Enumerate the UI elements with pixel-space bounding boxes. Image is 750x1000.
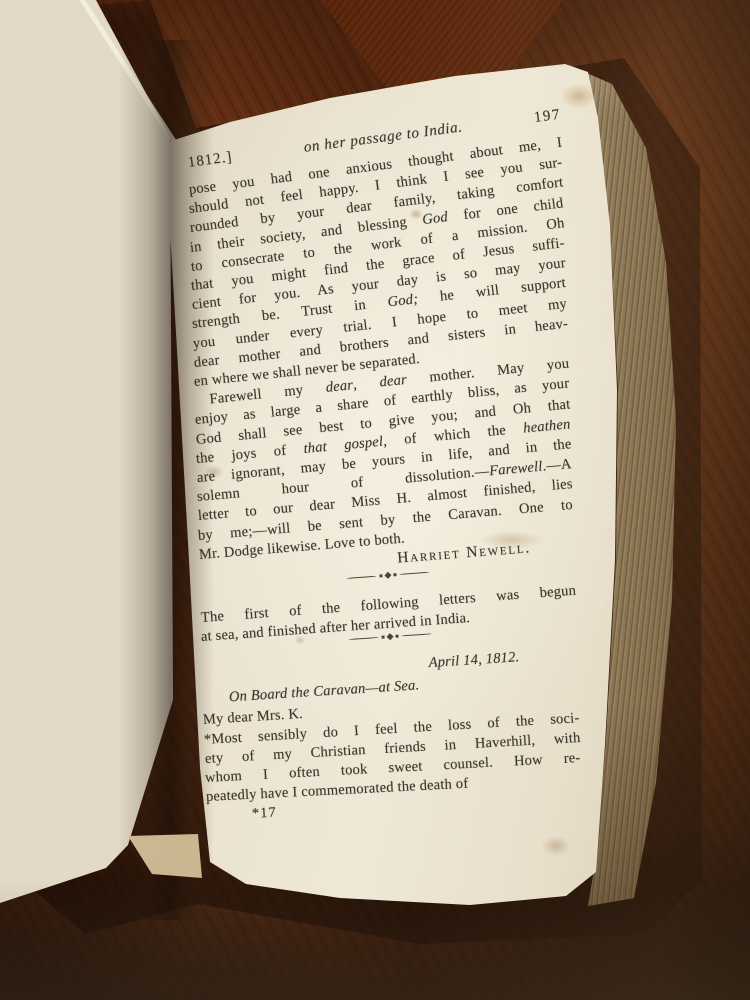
left-page-line: t of husbands. Oh what [612, 599, 749, 669]
left-page-line: tive partner. But he [633, 653, 749, 710]
right-page-line: On Board the Caravan—at Sea. [202, 667, 578, 709]
right-page-line: at sea, and finished after her arrived i… [201, 602, 577, 646]
left-running-head: rs. N's Journal [1812. [603, 0, 698, 40]
left-page-line: etchedness, had I found [609, 621, 749, 690]
left-page-line: isposed to pass over all er- [605, 345, 750, 447]
right-page-line: pose you had one anxious thought about m… [187, 134, 562, 199]
left-page-line: tter from Calcutta inform [627, 107, 750, 223]
left-page-line: s, as well now, as I did on [603, 459, 750, 548]
letter-signature: Harriet Newell. [199, 536, 575, 583]
left-page-line: and sisters, and all my [622, 447, 750, 528]
right-page-line: by me;—will be sent by the Caravan. One … [198, 496, 574, 545]
right-page-line: should not feel happy. I think I see you… [188, 154, 563, 218]
left-page-line: ize them. They are [636, 719, 749, 770]
wood-grain-seam [0, 0, 750, 1000]
right-page-line: Mr. Dodge likewise. Love to both. [198, 516, 574, 564]
gathering-mark: *17 [206, 789, 582, 825]
left-page-shading [0, 0, 750, 1000]
left-page-line: took my last farewell of [612, 487, 749, 569]
left-page-line: think I am happy and [626, 538, 750, 609]
left-page-line: gratifying to my dear moth- [604, 252, 750, 365]
section-divider-ornament [202, 622, 577, 653]
right-page-line: en where we shall never be separated. [193, 335, 569, 391]
header-page-number: 197 [533, 106, 562, 127]
left-page-edge-highlight [76, 0, 177, 144]
page-stack-fore-edge [0, 0, 750, 1000]
left-page-line: le wretches! Oh that American [609, 19, 750, 163]
right-page-text: 1812.]on her passage to India.197pose yo… [188, 154, 568, 914]
right-page-line: *Most sensibly do I feel the loss of the… [203, 709, 579, 749]
right-page-line: The first of the following letters was b… [200, 582, 576, 627]
left-page-line: ot regret coming here. [620, 558, 750, 629]
left-page-line: ng. As the Caravan will sail [609, 162, 750, 284]
wood-table-background [0, 0, 750, 1000]
right-page: 1812.]on her passage to India.197pose yo… [0, 0, 750, 1000]
right-page-line: letter to our dear Miss H. almost finish… [197, 475, 573, 525]
right-page-line: whom I often took sweet counsel. How re- [205, 749, 581, 787]
right-page-line: My dear Mrs. K. [203, 689, 579, 730]
right-page-line: the joys of that gospel, of which the he… [195, 415, 571, 468]
left-page-line: friends, to whom I shall then [602, 204, 750, 325]
left-page-line: ite with me in praising [617, 579, 750, 649]
right-page-line: peatedly have I commemorated the death o… [205, 769, 581, 806]
left-page-line: r from you all. When- [623, 515, 750, 589]
torn-page-remnant [0, 0, 750, 1000]
left-page-line: s information I must be ex- [615, 143, 750, 264]
left-page-line: I hope the contents of this [614, 236, 750, 345]
left-page-line: shall neglect writing now to [608, 185, 750, 305]
right-page-line: ety of my Christian friends in Haverhill… [204, 729, 580, 768]
gutter-shadow [118, 40, 214, 920]
page-header: 1812.]on her passage to India.197 [187, 106, 562, 172]
book-cast-shadow [0, 0, 750, 1000]
left-page-line: all write to many of [629, 739, 749, 791]
header-title: on her passage to India. [231, 109, 535, 166]
left-page-line: my dear, dear mother, and [600, 412, 750, 508]
right-page-line: Farewell my dear, dear mother. May you [194, 355, 570, 410]
left-page-line: ts were passing; and that [617, 307, 750, 406]
right-page-line: that you might find the grace of Jesus s… [190, 234, 566, 295]
right-page-line: God shall see best to give you; and Oh t… [195, 395, 571, 449]
right-page-line: you under every trial. I hope to meet my [192, 294, 568, 352]
right-page-line: dear mother and brothers and sisters in … [193, 315, 569, 372]
header-year: 1812.] [187, 148, 234, 172]
left-page-line: ld but form an adequate idea [615, 50, 750, 183]
left-page-line: him to be. Do give [636, 676, 749, 731]
right-page-line: to consecrate to the work of a mission. … [190, 214, 566, 276]
right-page-line: April 14, 1812. [202, 645, 578, 688]
left-page-line: ness which covers this people [608, 67, 750, 204]
left-page-text: rs. N's Journal [1812. many superstitiou… [0, 0, 750, 1000]
left-page-line: hters. [713, 455, 750, 487]
right-page-line: rounded by your dear family, taking comf… [189, 174, 564, 238]
left-page-line: ends in Haverhill. I [632, 696, 749, 750]
right-page-line: enjoy as large a share of earthly bliss,… [194, 375, 570, 429]
left-page-line: many superstitious rites, they bath- [591, 0, 750, 142]
right-page-line: in their society, and blessing God for o… [189, 194, 564, 257]
right-page-line: solemn hour of dissolution.—Farewell.—A [197, 455, 573, 506]
left-page: rs. N's Journal [1812. many superstitiou… [0, 0, 750, 1000]
left-page-line: e the private conversation [608, 370, 750, 467]
right-page-line: are ignorant, may be yours in life, and … [196, 435, 572, 487]
left-page-line: ngs of the moment. You [620, 332, 750, 426]
left-page-line: ear mother, if I sup- [627, 761, 748, 811]
left-page-line: ember that they were writ- [609, 279, 750, 386]
left-page-line: will sail for America in a day [607, 113, 750, 244]
right-page-line: strength be. Trust in God; he will suppo… [191, 274, 567, 333]
section-divider-ornament [200, 559, 575, 592]
right-page-line: cient for you. As your day is so may you… [191, 254, 567, 314]
